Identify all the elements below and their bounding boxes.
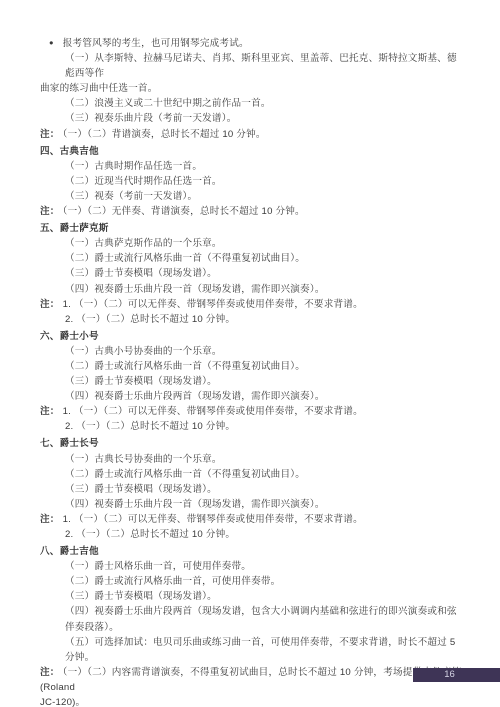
document-page: ●报考管风琴的考生，也可用钢琴完成考试。（一）从李斯特、拉赫马尼诺夫、肖邦、斯科…	[0, 0, 500, 707]
note-line: 注：（一）（二）无伴奏、背谱演奏，总时长不超过 10 分钟。	[40, 204, 464, 219]
page-number-bar: 16	[413, 668, 500, 682]
note-line: 注：（一）（二）内容需背谱演奏，不得重复初试曲目，总时长不超过 10 分钟，考场…	[40, 665, 464, 695]
requirement-item: （三）视奏乐曲片段（考前一天发谱）。	[40, 111, 464, 126]
note-subline: 2. （一）（二）总时长不超过 10 分钟。	[40, 419, 464, 434]
section-heading: 七、爵士长号	[40, 436, 464, 451]
bullet-text: 报考管风琴的考生，也可用钢琴完成考试。	[63, 38, 249, 49]
requirement-item: （三）爵士节奏模唱（现场发谱）。	[40, 266, 464, 281]
bullet-item: ●报考管风琴的考生，也可用钢琴完成考试。	[40, 35, 464, 51]
requirement-item: （一）古典长号协奏曲的一个乐章。	[40, 452, 464, 467]
requirement-item: （五）可选择加试：电贝司乐曲或练习曲一首，可使用伴奏带，不要求背谱，时长不超过 …	[40, 635, 464, 665]
bullet-icon: ●	[49, 35, 54, 50]
requirement-item: （二）爵士或流行风格乐曲一首，可使用伴奏带。	[40, 574, 464, 589]
note-line: 注：（一）（二）背谱演奏，总时长不超过 10 分钟。	[40, 127, 464, 142]
note-text: （一）（二）内容需背谱演奏，不得重复初试曲目，总时长不超过 10 分钟，考场提供…	[40, 667, 462, 693]
note-subline: 2. （一）（二）总时长不超过 10 分钟。	[40, 312, 464, 327]
note-label: 注：	[40, 406, 60, 417]
requirement-item: （三）爵士节奏模唱（现场发谱）。	[40, 374, 464, 389]
requirement-item: （一）古典时期作品任选一首。	[40, 159, 464, 174]
note-text: （一）（二）无伴奏、背谱演奏，总时长不超过 10 分钟。	[63, 206, 305, 217]
note-label: 注：	[40, 299, 60, 310]
section-heading: 六、爵士小号	[40, 329, 464, 344]
requirement-item: （二）爵士或流行风格乐曲一首（不得重复初试曲目）。	[40, 359, 464, 374]
requirement-item: （四）视奏爵士乐曲片段一首（现场发谱，需作即兴演奏）。	[40, 282, 464, 297]
continuation-line: 曲家的练习曲中任选一首。	[40, 81, 464, 96]
section-heading: 四、古典吉他	[40, 144, 464, 159]
note-line: 注：1. （一）（二）可以无伴奏、带钢琴伴奏或使用伴奏带，不要求背谱。	[40, 404, 464, 419]
note-text: 1. （一）（二）可以无伴奏、带钢琴伴奏或使用伴奏带，不要求背谱。	[63, 406, 363, 417]
requirement-item: （三）视奏（考前一天发谱）。	[40, 189, 464, 204]
note-label: 注：	[40, 667, 60, 678]
requirement-item: （二）爵士或流行风格乐曲一首（不得重复初试曲目）。	[40, 251, 464, 266]
requirement-item: （一）古典萨克斯作品的一个乐章。	[40, 236, 464, 251]
requirement-item: （三）爵士节奏模唱（现场发谱）。	[40, 482, 464, 497]
note-label: 注：	[40, 206, 60, 217]
note-text: 1. （一）（二）可以无伴奏、带钢琴伴奏或使用伴奏带，不要求背谱。	[63, 299, 363, 310]
page-number: 16	[413, 668, 500, 682]
section-heading: 八、爵士吉他	[40, 544, 464, 559]
continuation-line: JC-120)。	[40, 695, 464, 707]
section-heading: 五、爵士萨克斯	[40, 221, 464, 236]
requirement-item: （二）浪漫主义或二十世纪中期之前作品一首。	[40, 96, 464, 111]
requirement-item: （四）视奏爵士乐曲片段一首（现场发谱，需作即兴演奏）。	[40, 497, 464, 512]
requirement-item: （一）爵士风格乐曲一首，可使用伴奏带。	[40, 559, 464, 574]
note-text: 1. （一）（二）可以无伴奏、带钢琴伴奏或使用伴奏带，不要求背谱。	[63, 514, 363, 525]
requirement-item: （四）视奏爵士乐曲片段两首（现场发谱，需作即兴演奏）。	[40, 389, 464, 404]
requirement-item: （二）爵士或流行风格乐曲一首（不得重复初试曲目）。	[40, 467, 464, 482]
requirement-item: （四）视奏爵士乐曲片段两首（现场发谱，包含大小调调内基础和弦进行的即兴演奏或和弦…	[40, 604, 464, 634]
requirement-item: （二）近现当代时期作品任选一首。	[40, 174, 464, 189]
note-label: 注：	[40, 514, 60, 525]
exam-requirements-text: ●报考管风琴的考生，也可用钢琴完成考试。（一）从李斯特、拉赫马尼诺夫、肖邦、斯科…	[40, 35, 464, 707]
requirement-item: （三）爵士节奏模唱（现场发谱）。	[40, 589, 464, 604]
requirement-item: （一）从李斯特、拉赫马尼诺夫、肖邦、斯科里亚宾、里盖蒂、巴托克、斯特拉文斯基、德…	[40, 51, 464, 81]
note-line: 注：1. （一）（二）可以无伴奏、带钢琴伴奏或使用伴奏带，不要求背谱。	[40, 297, 464, 312]
note-line: 注：1. （一）（二）可以无伴奏、带钢琴伴奏或使用伴奏带，不要求背谱。	[40, 512, 464, 527]
note-text: （一）（二）背谱演奏，总时长不超过 10 分钟。	[63, 129, 266, 140]
note-label: 注：	[40, 129, 60, 140]
note-subline: 2. （一）（二）总时长不超过 10 分钟。	[40, 527, 464, 542]
requirement-item: （一）古典小号协奏曲的一个乐章。	[40, 344, 464, 359]
